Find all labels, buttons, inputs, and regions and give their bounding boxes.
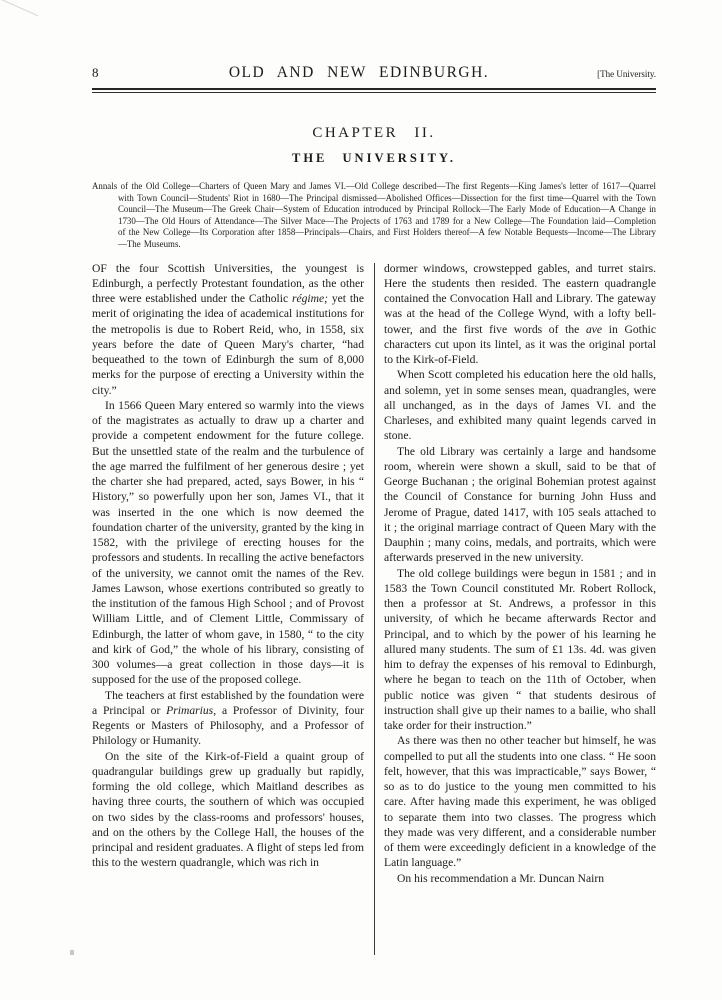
chapter-synopsis: Annals of the Old College—Charters of Qu… [92, 181, 656, 251]
paragraph: The teachers at first established by the… [92, 688, 364, 749]
paragraph: OF the four Scottish Universities, the y… [92, 261, 364, 398]
book-page: 8 OLD AND NEW EDINBURGH. [The University… [0, 0, 722, 1000]
paragraph: The old Library was certainly a large an… [384, 444, 656, 566]
chapter-subheading: THE UNIVERSITY. [92, 151, 656, 166]
page-content: 8 OLD AND NEW EDINBURGH. [The University… [92, 0, 656, 886]
running-header: 8 OLD AND NEW EDINBURGH. [The University… [92, 0, 656, 82]
page-number: 8 [92, 65, 152, 81]
paragraph: On his recommendation a Mr. Duncan Nairn [384, 871, 656, 886]
paragraph: The old college buildings were begun in … [384, 566, 656, 734]
column-divider-rule [374, 263, 375, 955]
paragraph: On the site of the Kirk-of-Field a quain… [92, 749, 364, 871]
paragraph: As there was then no other teacher but h… [384, 733, 656, 870]
paragraph: dormer windows, crowstepped gables, and … [384, 261, 656, 368]
left-column: OF the four Scottish Universities, the y… [92, 261, 364, 886]
header-rule-thick [92, 88, 656, 90]
running-header-right: [The University. [566, 69, 656, 79]
paragraph: When Scott completed his education here … [384, 367, 656, 443]
body-columns: OF the four Scottish Universities, the y… [92, 261, 656, 886]
right-column: dormer windows, crowstepped gables, and … [384, 261, 656, 886]
header-rule-thin [92, 92, 656, 93]
scan-edge-artifact [0, 0, 38, 16]
scan-speck-artifact [70, 950, 74, 955]
chapter-heading: CHAPTER II. [92, 125, 656, 142]
running-title: OLD AND NEW EDINBURGH. [152, 64, 566, 82]
paragraph: In 1566 Queen Mary entered so warmly int… [92, 398, 364, 688]
